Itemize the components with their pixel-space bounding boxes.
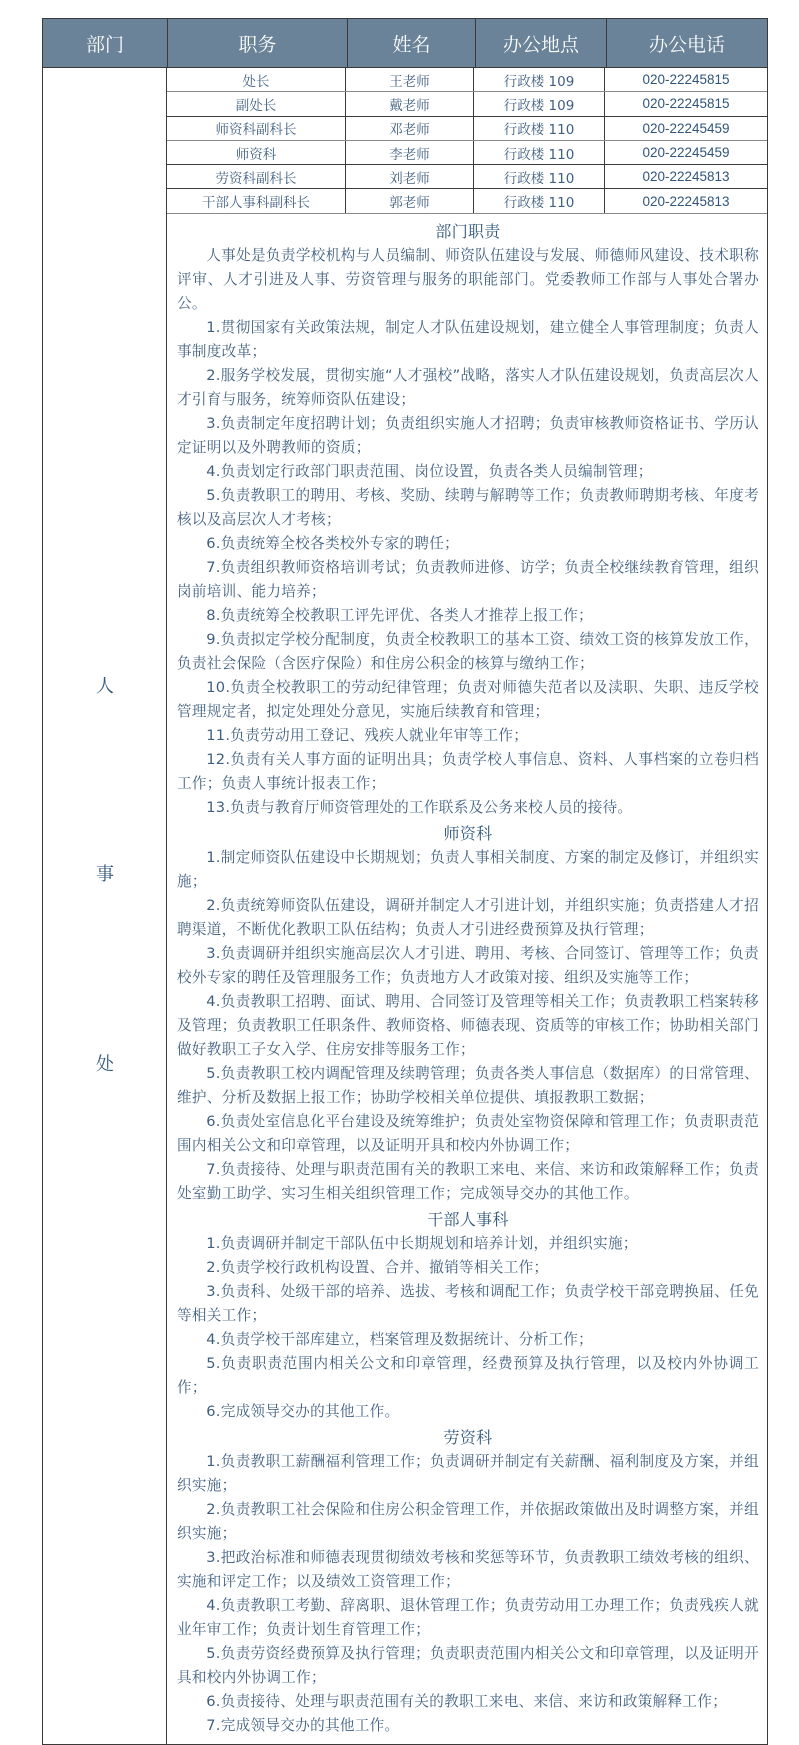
duty-paragraph: 6.负责统筹全校各类校外专家的聘任； [177,532,759,556]
department-char: 人 [43,672,167,698]
duty-paragraph: 5.负责劳资经费预算及执行管理；负责职责范围内相关公文和印章管理，以及证明开具和… [177,1642,759,1690]
duty-paragraph: 人事处是负责学校机构与人员编制、师资队伍建设与发展、师德师风建设、技术职称评审、… [177,244,759,316]
table-row: 处长 王老师 行政楼 109 020-22245815 [167,68,767,92]
department-contact-table: 部门 职务 姓名 办公地点 办公电话 人 事 处 处长 王老师 行政楼 109 … [42,18,768,1745]
phone-cell: 020-22245815 [605,68,767,91]
position-cell: 副处长 [167,92,346,115]
duty-paragraph: 5.负责教职工的聘用、考核、奖励、续聘与解聘等工作；负责教师聘期考核、年度考核以… [177,484,759,532]
table-row: 干部人事科副科长 郭老师 行政楼 110 020-22245813 [167,189,767,213]
table-row: 师资科 李老师 行政楼 110 020-22245459 [167,141,767,165]
table-header: 部门 职务 姓名 办公地点 办公电话 [43,19,767,68]
duty-paragraph: 4.负责教职工招聘、面试、聘用、合同签订及管理等相关工作；负责教职工档案转移及管… [177,990,759,1062]
duty-paragraph: 3.把政治标准和师德表现贯彻绩效考核和奖惩等环节，负责教职工绩效考核的组织、实施… [177,1546,759,1594]
header-name: 姓名 [348,19,476,67]
name-cell: 邓老师 [346,117,474,140]
phone-cell: 020-22245813 [605,165,767,188]
header-department: 部门 [43,19,168,67]
duty-paragraph: 2.服务学校发展，贯彻实施“人才强校”战略，落实人才队伍建设规划，负责高层次人才… [177,364,759,412]
office-cell: 行政楼 109 [474,92,605,115]
office-cell: 行政楼 109 [474,68,605,91]
table-row: 副处长 戴老师 行政楼 109 020-22245815 [167,92,767,116]
duty-paragraph: 2.负责教职工社会保险和住房公积金管理工作，并依据政策做出及时调整方案，并组织实… [177,1498,759,1546]
name-cell: 李老师 [346,141,474,164]
name-cell: 戴老师 [346,92,474,115]
table-body: 人 事 处 处长 王老师 行政楼 109 020-22245815 副处长 戴老… [43,68,767,1744]
duty-paragraph: 12.负责有关人事方面的证明出具；负责学校人事信息、资料、人事档案的立卷归档工作… [177,748,759,796]
duty-paragraph: 2.负责统筹师资队伍建设，调研并制定人才引进计划，并组织实施；负责搭建人才招聘渠… [177,894,759,942]
office-cell: 行政楼 110 [474,141,605,164]
phone-cell: 020-22245459 [605,117,767,140]
duty-paragraph: 5.负责职责范围内相关公文和印章管理，经费预算及执行管理，以及校内外协调工作； [177,1352,759,1400]
department-char: 处 [43,1050,167,1076]
name-cell: 王老师 [346,68,474,91]
office-cell: 行政楼 110 [474,189,605,212]
name-cell: 刘老师 [346,165,474,188]
duty-paragraph: 1.负责教职工薪酬福利管理工作；负责调研并制定有关薪酬、福利制度及方案，并组织实… [177,1450,759,1498]
header-phone: 办公电话 [607,19,767,67]
phone-cell: 020-22245813 [605,189,767,212]
duty-paragraph: 5.负责教职工校内调配管理及续聘管理；负责各类人事信息（数据库）的日常管理、维护… [177,1062,759,1110]
header-office: 办公地点 [476,19,607,67]
duty-paragraph: 11.负责劳动用工登记、残疾人就业年审等工作； [177,724,759,748]
duty-paragraph: 6.完成领导交办的其他工作。 [177,1400,759,1424]
duty-paragraph: 10.负责全校教职工的劳动纪律管理；负责对师德失范者以及渎职、失职、违反学校管理… [177,676,759,724]
position-cell: 劳资科副科长 [167,165,346,188]
name-cell: 郭老师 [346,189,474,212]
duty-paragraph: 3.负责科、处级干部的培养、选拔、考核和调配工作；负责学校干部竞聘换届、任免等相… [177,1280,759,1328]
header-position: 职务 [168,19,348,67]
duty-paragraph: 7.完成领导交办的其他工作。 [177,1714,759,1738]
duty-paragraph: 13.负责与教育厅师资管理处的工作联系及公务来校人员的接待。 [177,796,759,820]
duty-paragraph: 1.制定师资队伍建设中长期规划；负责人事相关制度、方案的制定及修订，并组织实施； [177,846,759,894]
table-row: 师资科副科长 邓老师 行政楼 110 020-22245459 [167,117,767,141]
duty-paragraph: 7.负责接待、处理与职责范围有关的教职工来电、来信、来访和政策解释工作；负责处室… [177,1158,759,1206]
phone-cell: 020-22245815 [605,92,767,115]
duty-paragraph: 2.负责学校行政机构设置、合并、撤销等相关工作； [177,1256,759,1280]
duty-paragraph: 4.负责划定行政部门职责范围、岗位设置，负责各类人员编制管理； [177,460,759,484]
section-title: 劳资科 [177,1426,759,1450]
section-title: 部门职责 [177,220,759,244]
duty-paragraph: 3.负责调研并组织实施高层次人才引进、聘用、考核、合同签订、管理等工作；负责校外… [177,942,759,990]
table-row: 劳资科副科长 刘老师 行政楼 110 020-22245813 [167,165,767,189]
duty-paragraph: 1.贯彻国家有关政策法规，制定人才队伍建设规划，建立健全人事管理制度；负责人事制… [177,316,759,364]
position-cell: 处长 [167,68,346,91]
department-char: 事 [43,860,167,886]
duty-paragraph: 7.负责组织教师资格培训考试；负责教师进修、访学；负责全校继续教育管理，组织岗前… [177,556,759,604]
position-cell: 师资科 [167,141,346,164]
office-cell: 行政楼 110 [474,165,605,188]
duty-paragraph: 6.负责处室信息化平台建设及统筹维护；负责处室物资保障和管理工作；负责职责范围内… [177,1110,759,1158]
details-column: 处长 王老师 行政楼 109 020-22245815 副处长 戴老师 行政楼 … [167,68,767,1744]
duty-paragraph: 3.负责制定年度招聘计划；负责组织实施人才招聘；负责审核教师资格证书、学历认定证… [177,412,759,460]
duty-paragraph: 4.负责教职工考勤、辞离职、退休管理工作；负责劳动用工办理工作；负责残疾人就业年… [177,1594,759,1642]
duty-paragraph: 6.负责接待、处理与职责范围有关的教职工来电、来信、来访和政策解释工作； [177,1690,759,1714]
duties-cell: 部门职责 人事处是负责学校机构与人员编制、师资队伍建设与发展、师德师风建设、技术… [167,214,767,1744]
section-title: 干部人事科 [177,1208,759,1232]
phone-cell: 020-22245459 [605,141,767,164]
duty-paragraph: 8.负责统筹全校教职工评先评优、各类人才推荐上报工作； [177,604,759,628]
position-cell: 干部人事科副科长 [167,189,346,212]
duty-paragraph: 1.负责调研并制定干部队伍中长期规划和培养计划，并组织实施； [177,1232,759,1256]
position-cell: 师资科副科长 [167,117,346,140]
department-cell: 人 事 处 [43,68,167,1744]
section-title: 师资科 [177,822,759,846]
office-cell: 行政楼 110 [474,117,605,140]
duty-paragraph: 4.负责学校干部库建立，档案管理及数据统计、分析工作； [177,1328,759,1352]
duty-paragraph: 9.负责拟定学校分配制度，负责全校教职工的基本工资、绩效工资的核算发放工作，负责… [177,628,759,676]
